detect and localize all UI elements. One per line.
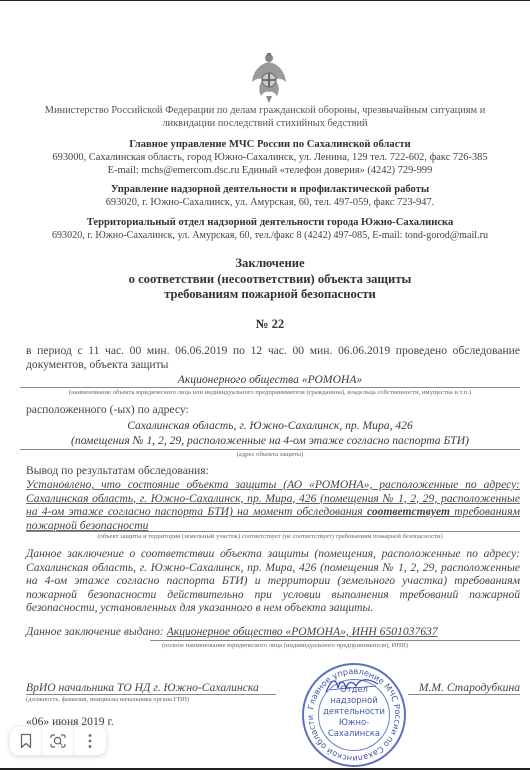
divider bbox=[26, 694, 276, 695]
mchs-emblem-icon bbox=[249, 52, 289, 104]
conclusion-verdict: соответствует bbox=[367, 505, 450, 518]
document-page: Министерство Российской Федерации по дел… bbox=[0, 0, 530, 770]
conclusion-text: Установлено, что состояние объекта защит… bbox=[26, 478, 520, 532]
title-line-2: о соответствии (несоответствии) объекта … bbox=[60, 272, 480, 288]
located-label: расположенного (-ых) по адресу: bbox=[26, 403, 326, 417]
ministry-name: Министерство Российской Федерации по дел… bbox=[30, 104, 500, 130]
inspection-period: в период с 11 час. 00 мин. 06.06.2019 по… bbox=[26, 344, 520, 371]
issued-label: Данное заключение выдано: bbox=[26, 625, 167, 638]
address-line-2: (помещения № 1, 2, 29, расположенные на … bbox=[20, 433, 520, 448]
document-title: Заключение о соответствии (несоответстви… bbox=[60, 256, 480, 303]
ministry-line-2: ликвидации последствий стихийных бедстви… bbox=[30, 117, 500, 130]
issued-to: Акционерное общество «РОМОНА», ИНН 65010… bbox=[167, 625, 438, 638]
divider bbox=[408, 694, 520, 695]
bookmark-icon bbox=[20, 733, 32, 749]
image-toolbar bbox=[10, 727, 106, 755]
ministry-line-1: Министерство Российской Федерации по дел… bbox=[30, 104, 500, 117]
conclusion-caption: (объект защиты и территория (земельный у… bbox=[20, 533, 520, 540]
more-vertical-icon bbox=[88, 733, 92, 749]
document-number: № 22 bbox=[60, 317, 480, 332]
divider bbox=[20, 387, 520, 388]
object-name: Акционерного общества «РОМОНА» bbox=[20, 373, 520, 386]
address-line-1: Сахалинская область, г. Южно-Сахалинск, … bbox=[20, 418, 520, 433]
signatory-name: М.М. Стародубкина bbox=[408, 681, 520, 695]
territorial-department-title: Территориальный отдел надзорной деятельн… bbox=[20, 216, 520, 229]
territorial-department-address: 693020, г. Южно-Сахалинск, ул. Амурская,… bbox=[20, 229, 520, 242]
main-directorate-title: Главное управление МЧС России по Сахалин… bbox=[20, 138, 520, 151]
title-line-3: требованиям пожарной безопасности bbox=[60, 287, 480, 303]
lens-search-icon bbox=[49, 733, 67, 749]
stamp-line-3: деятельности bbox=[308, 706, 400, 717]
supervision-directorate-block: Управление надзорной деятельности и проф… bbox=[20, 183, 520, 209]
issued-caption: (полное наименование юридического лица (… bbox=[120, 642, 450, 649]
address-caption: (адрес объекта защиты) bbox=[20, 451, 520, 458]
main-directorate-contacts: E-mail: mchs@emercom.dsc.ru Единый «теле… bbox=[20, 164, 520, 177]
stamp-line-4: Южно- bbox=[308, 717, 400, 728]
signatory-caption: (должность, фамилия, инициалы начальника… bbox=[26, 696, 276, 703]
lens-search-button[interactable] bbox=[42, 727, 74, 755]
supervision-directorate-title: Управление надзорной деятельности и проф… bbox=[20, 183, 520, 196]
main-directorate-block: Главное управление МЧС России по Сахалин… bbox=[20, 138, 520, 177]
signatory-position: ВрИО начальника ТО НД г. Южно-Сахалинска bbox=[26, 681, 286, 695]
conclusion-heading: Вывод по результатам обследования: bbox=[26, 464, 326, 478]
divider bbox=[20, 449, 520, 450]
stamp-line-5: Сахалинска bbox=[308, 728, 400, 739]
issued-line: Данное заключение выдано: Акционерное об… bbox=[26, 625, 520, 639]
more-options-button[interactable] bbox=[74, 727, 106, 755]
divider bbox=[150, 640, 520, 641]
divider bbox=[26, 531, 520, 532]
territorial-department-block: Территориальный отдел надзорной деятельн… bbox=[20, 216, 520, 242]
validity-text: Данное заключение о соответствии объекта… bbox=[26, 547, 520, 615]
signature-icon bbox=[322, 674, 382, 698]
supervision-directorate-address: 693020, г. Южно-Сахалинск, ул. Амурская,… bbox=[20, 196, 520, 209]
bookmark-button[interactable] bbox=[10, 727, 42, 755]
object-address: Сахалинская область, г. Южно-Сахалинск, … bbox=[20, 418, 520, 448]
title-line-1: Заключение bbox=[60, 256, 480, 272]
main-directorate-address: 693000, Сахалинская область, город Южно-… bbox=[20, 151, 520, 164]
object-name-caption: (наименование объекта юридического лица … bbox=[20, 389, 520, 396]
